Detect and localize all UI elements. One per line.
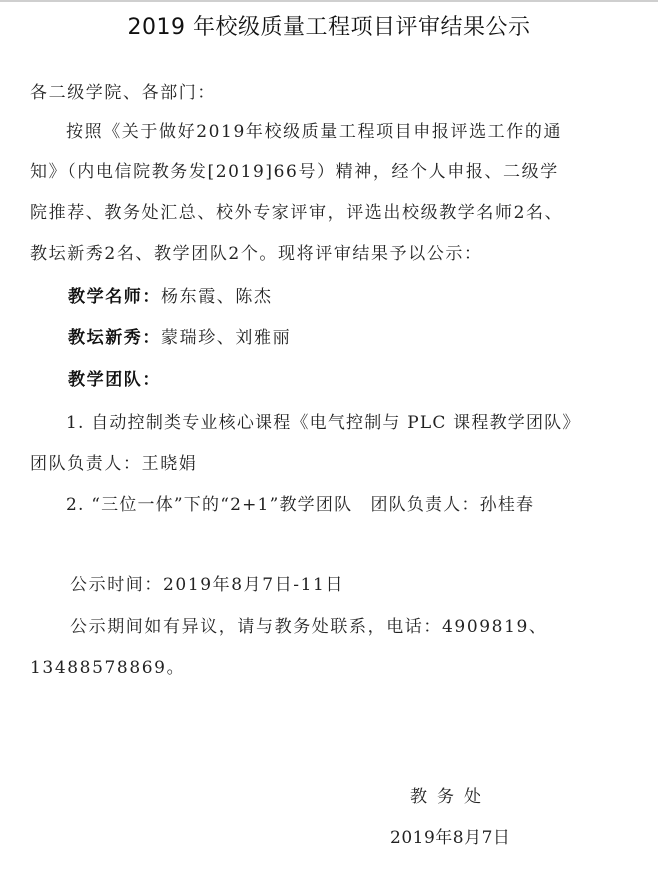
famous-teachers-label: 教学名师： xyxy=(68,287,161,307)
salutation: 各二级学院、各部门： xyxy=(30,82,216,104)
famous-teachers-value: 杨东霞、陈杰 xyxy=(161,287,273,307)
contact-line-2: 13488578869。 xyxy=(30,657,185,679)
document-title: 2019 年校级质量工程项目评审结果公示 xyxy=(0,13,658,43)
body-line-1: 按照《关于做好2019年校级质量工程项目申报评选工作的通 xyxy=(66,121,562,143)
new-stars-row: 教坛新秀：蒙瑞珍、刘雅丽 xyxy=(68,327,291,349)
new-stars-value: 蒙瑞珍、刘雅丽 xyxy=(161,328,291,348)
body-line-4: 教坛新秀2名、教学团队2个。现将评审结果予以公示： xyxy=(30,243,483,265)
teaching-teams-row: 教学团队： xyxy=(68,369,161,391)
notice-period: 公示时间：2019年8月7日-11日 xyxy=(70,574,344,596)
famous-teachers-row: 教学名师：杨东霞、陈杰 xyxy=(68,286,273,308)
body-line-3: 院推荐、教务处汇总、校外专家评审，评选出校级教学名师2名、 xyxy=(30,202,563,224)
body-line-2: 知》（内电信院教务发[2019]66号）精神，经个人申报、二级学 xyxy=(30,161,559,183)
new-stars-label: 教坛新秀： xyxy=(68,328,161,348)
signature-department: 教务处 xyxy=(410,786,491,808)
signature-date: 2019年8月7日 xyxy=(390,827,510,849)
contact-line-1: 公示期间如有异议，请与教务处联系，电话：4909819、 xyxy=(70,616,548,638)
team-item-1-leader: 团队负责人：王晓娟 xyxy=(30,453,197,475)
top-divider xyxy=(0,0,658,2)
teaching-teams-label: 教学团队： xyxy=(68,370,161,390)
team-item-2: 2. “三位一体”下的“2+1”教学团队 团队负责人：孙桂春 xyxy=(66,494,534,516)
team-item-1: 1. 自动控制类专业核心课程《电气控制与 PLC 课程教学团队》 xyxy=(66,412,581,434)
